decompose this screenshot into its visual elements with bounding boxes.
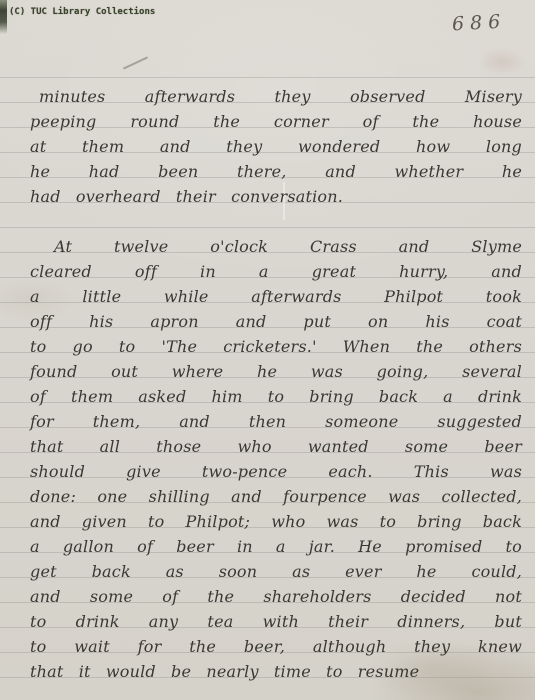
paragraph-1: minutes afterwards they observed Misery … [30,84,522,209]
manuscript-line: a gallon of beer in a jar. He promised t… [30,534,522,559]
manuscript-line: had overheard their conversation. [30,184,522,209]
manuscript-line: should give two-pence each. This was [30,459,522,484]
manuscript-line: peeping round the corner of the house [30,109,522,134]
manuscript-line: to wait for the beer, although they knew [30,634,522,659]
stray-pencil-mark [123,56,148,69]
manuscript-line: he had been there, and whether he [30,159,522,184]
manuscript-line: to go to 'The cricketers.' When the othe… [30,334,522,359]
scan-edge-artifact [0,0,7,34]
manuscript-line: that it would be nearly time to resume [30,659,522,684]
manuscript-line: done: one shilling and fourpence was col… [30,484,522,509]
paragraph-gap [30,209,522,234]
manuscript-line: minutes afterwards they observed Misery [30,84,522,109]
handwritten-text: minutes afterwards they observed Misery … [30,84,522,684]
manuscript-line: that all those who wanted some beer [30,434,522,459]
manuscript-line: cleared off in a great hurry, and [30,259,522,284]
manuscript-line: found out where he was going, several [30,359,522,384]
manuscript-line: get back as soon as ever he could, [30,559,522,584]
manuscript-line: of them asked him to bring back a drink [30,384,522,409]
manuscript-line: at them and they wondered how long [30,134,522,159]
manuscript-line: and given to Philpot; who was to bring b… [30,509,522,534]
manuscript-line: for them, and then someone suggested [30,409,522,434]
page-number: 686 [451,11,506,36]
manuscript-line: At twelve o'clock Crass and Slyme [30,234,522,259]
manuscript-line: and some of the shareholders decided not [30,584,522,609]
copyright-watermark: (C) TUC Library Collections [9,7,155,17]
manuscript-page: (C) TUC Library Collections 686 minutes … [0,0,535,700]
paragraph-2: At twelve o'clock Crass and Slyme cleare… [30,234,522,684]
manuscript-line: a little while afterwards Philpot took [30,284,522,309]
manuscript-line: off his apron and put on his coat [30,309,522,334]
manuscript-line: to drink any tea with their dinners, but [30,609,522,634]
